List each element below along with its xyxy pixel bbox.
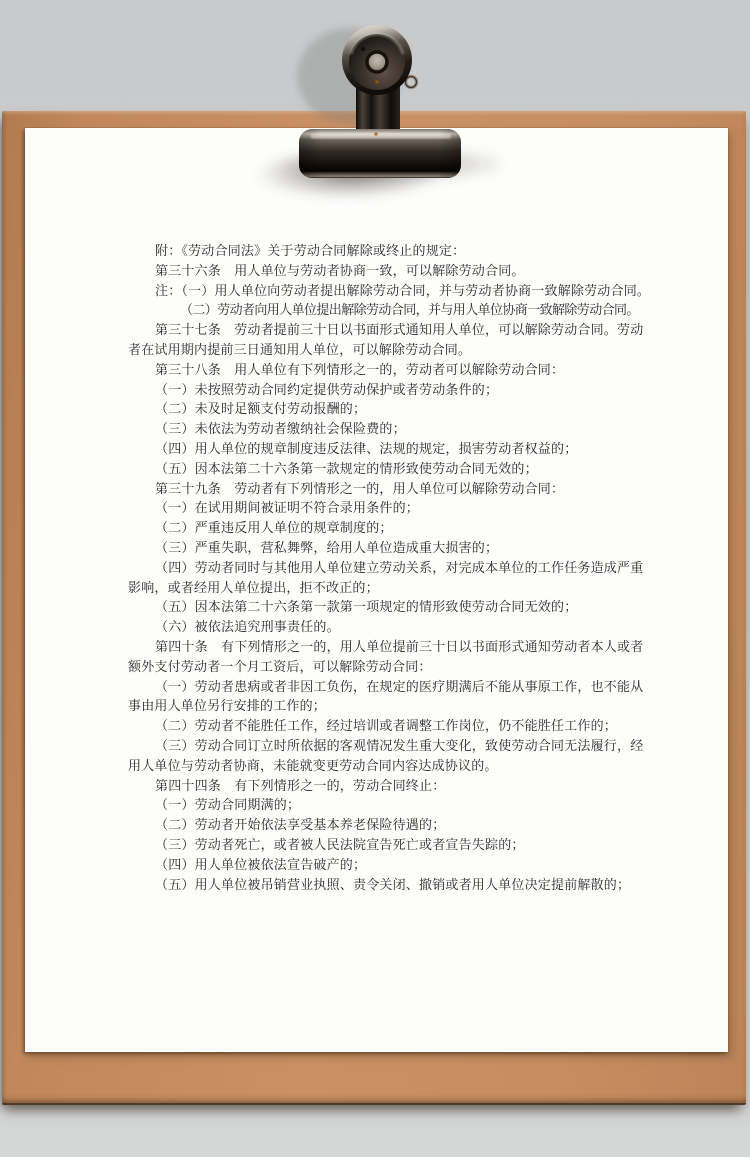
text-line: 影响，或者经用人单位提出，拒不改正的； [128, 578, 640, 598]
text-line: （三）劳动合同订立时所依据的客观情况发生重大变化，致使劳动合同无法履行，经 [128, 736, 640, 756]
text-line: （二）未及时足额支付劳动报酬的； [128, 399, 640, 419]
text-line: 附：《劳动合同法》关于劳动合同解除或终止的规定： [128, 241, 640, 261]
text-line: （一）未按照劳动合同约定提供劳动保护或者劳动条件的； [128, 380, 640, 400]
text-line: （四）用人单位被依法宣告破产的； [128, 855, 640, 875]
text-line: （二）劳动者不能胜任工作，经过培训或者调整工作岗位，仍不能胜任工作的； [128, 716, 640, 736]
text-line: （五）因本法第二十六条第一款规定的情形致使劳动合同无效的； [128, 459, 640, 479]
text-line: 第三十八条 用人单位有下列情形之一的，劳动者可以解除劳动合同： [128, 360, 640, 380]
text-line: （三）未依法为劳动者缴纳社会保险费的； [128, 419, 640, 439]
text-line: （六）被依法追究刑事责任的。 [128, 617, 640, 637]
text-line: （二）劳动者开始依法享受基本养老保险待遇的； [128, 815, 640, 835]
document-text: 附：《劳动合同法》关于劳动合同解除或终止的规定：第三十六条 用人单位与劳动者协商… [128, 241, 640, 894]
text-line: （三）劳动者死亡，或者被人民法院宣告死亡或者宣告失踪的； [128, 835, 640, 855]
text-line: 事由用人单位另行安排的工作的； [128, 696, 640, 716]
text-line: 第四十条 有下列情形之一的，用人单位提前三十日以书面形式通知劳动者本人或者 [128, 637, 640, 657]
binder-clip [285, 16, 475, 191]
text-line: 第三十七条 劳动者提前三十日以书面形式通知用人单位，可以解除劳动合同。劳动 [128, 320, 640, 340]
text-line: 第三十六条 用人单位与劳动者协商一致，可以解除劳动合同。 [128, 261, 640, 281]
clip-base [299, 129, 461, 178]
text-line: （四）用人单位的规章制度违反法律、法规的规定，损害劳动者权益的； [128, 439, 640, 459]
text-line: （一）在试用期间被证明不符合录用条件的； [128, 498, 640, 518]
text-line: （五）因本法第二十六条第一款第一项规定的情形致使劳动合同无效的； [128, 597, 640, 617]
text-line: 第四十四条 有下列情形之一的，劳动合同终止： [128, 776, 640, 796]
text-line: （二）严重违反用人单位的规章制度的； [128, 518, 640, 538]
text-line: （三）严重失职，营私舞弊，给用人单位造成重大损害的； [128, 538, 640, 558]
text-line: （一）劳动者患病或者非因工负伤，在规定的医疗期满后不能从事原工作，也不能从 [128, 677, 640, 697]
text-line: 用人单位与劳动者协商，未能就变更劳动合同内容达成协议的。 [128, 756, 640, 776]
clip-ring [342, 25, 412, 95]
clip-hole [367, 52, 387, 72]
text-line: （五）用人单位被吊销营业执照、责令关闭、撤销或者用人单位决定提前解散的； [128, 875, 640, 895]
text-line: 者在试用期内提前三日通知用人单位，可以解除劳动合同。 [128, 340, 640, 360]
text-line: （四）劳动者同时与其他用人单位建立劳动关系，对完成本单位的工作任务造成严重 [128, 558, 640, 578]
text-line: （一）劳动合同期满的； [128, 795, 640, 815]
text-line: （二）劳动者向用人单位提出解除劳动合同，并与用人单位协商一致解除劳动合同。 [128, 300, 640, 320]
text-line: 注：（一）用人单位向劳动者提出解除劳动合同，并与劳动者协商一致解除劳动合同。 [128, 281, 640, 301]
text-line: 第三十九条 劳动者有下列情形之一的，用人单位可以解除劳动合同： [128, 479, 640, 499]
paper-sheet: 附：《劳动合同法》关于劳动合同解除或终止的规定：第三十六条 用人单位与劳动者协商… [25, 128, 728, 1052]
scene: 附：《劳动合同法》关于劳动合同解除或终止的规定：第三十六条 用人单位与劳动者协商… [0, 0, 750, 1157]
clip-lever-loop [406, 77, 417, 88]
text-line: 额外支付劳动者一个月工资后，可以解除劳动合同： [128, 657, 640, 677]
